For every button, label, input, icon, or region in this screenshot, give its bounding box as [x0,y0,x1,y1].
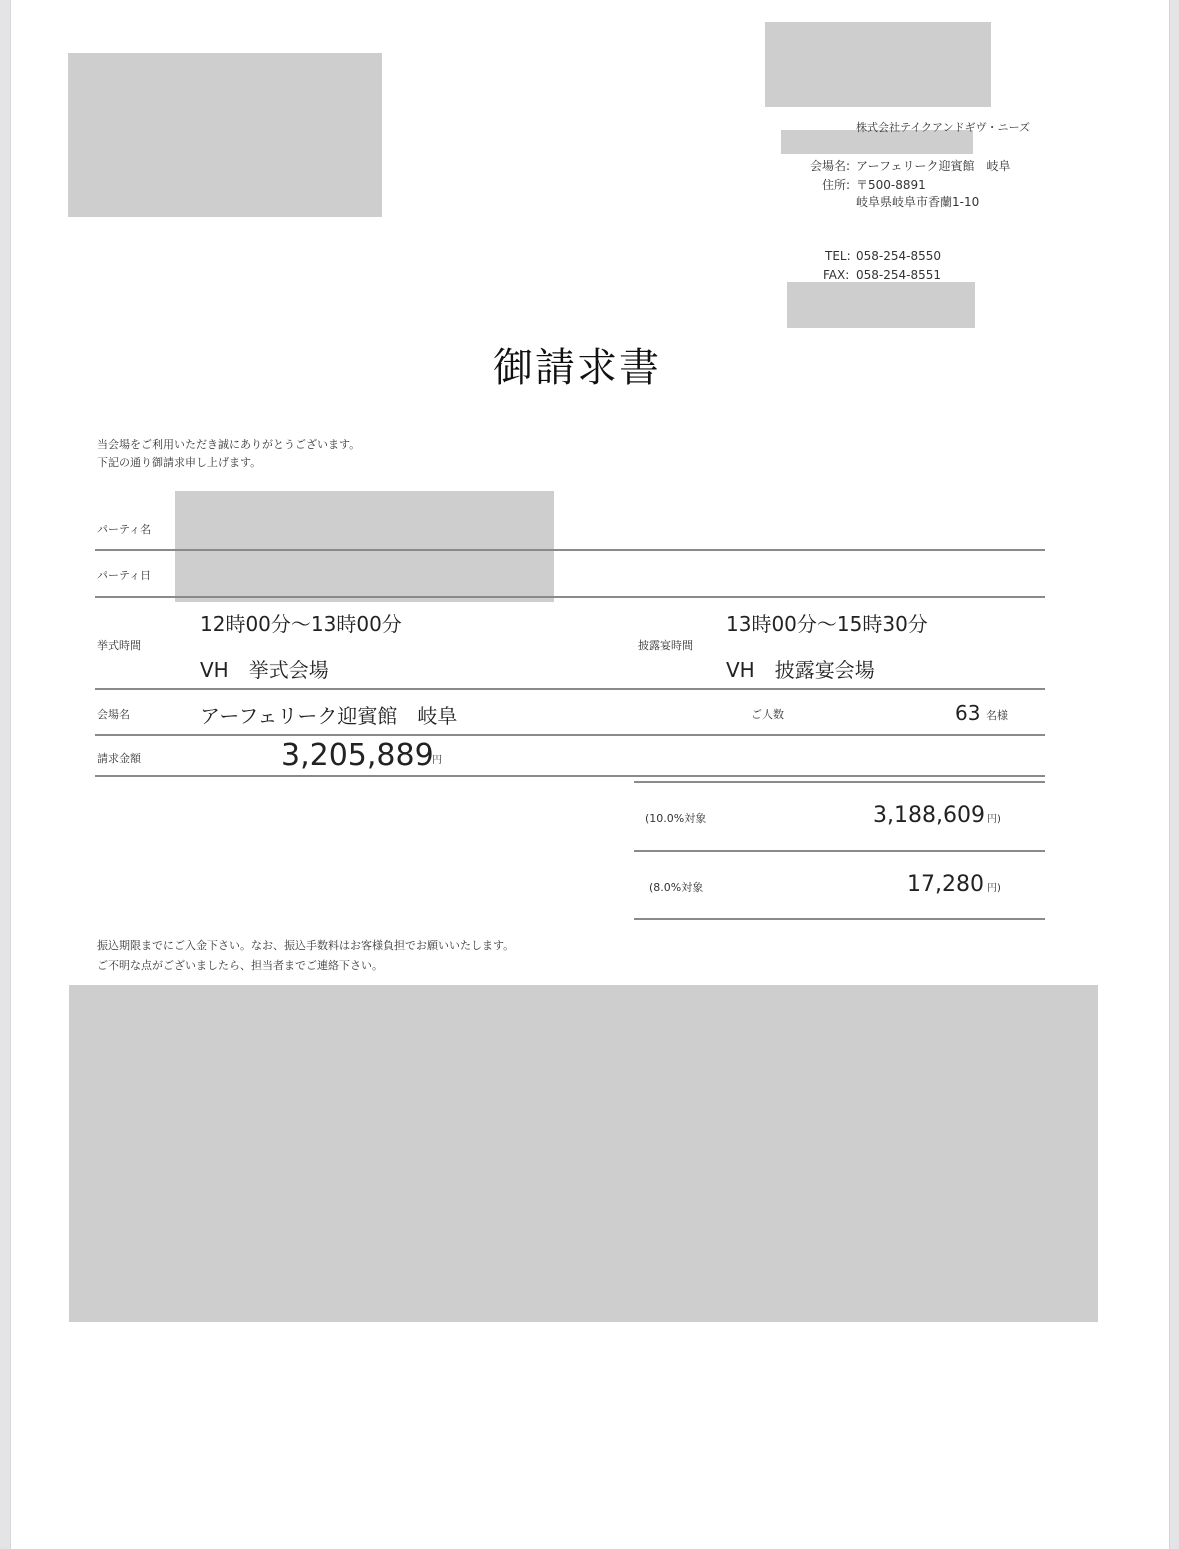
amount-label: 請求金額 [97,750,141,766]
guests-label: ご人数 [751,706,784,722]
tax-8-value: 17,280 [907,872,984,897]
guests-unit: 名様 [986,707,1008,723]
address-label: 住所: [822,176,850,193]
amount-value: 3,205,889 [281,738,434,773]
redacted-party-info [175,491,554,602]
divider [634,781,1045,783]
redacted-recipient-block [68,53,382,217]
invoice-page: 株式会社テイクアンドギヴ・ニーズ 会場名: アーフェリーク迎賓館 岐阜 住所: … [10,0,1170,1549]
divider [95,775,1045,777]
venue-name: アーフェリーク迎賓館 岐阜 [856,157,1010,174]
tel-number: 058-254-8550 [856,249,941,263]
fax-label: FAX: [823,268,849,282]
redacted-details-block [69,985,1098,1322]
venue-field-value: アーフェリーク迎賓館 岐阜 [200,700,457,729]
divider [95,549,1045,551]
reception-time-label: 披露宴時間 [638,637,693,653]
redacted-stamp-block [787,282,975,328]
fax-number: 058-254-8551 [856,268,941,282]
reception-time: 13時00分～15時30分 [726,608,928,637]
amount-unit: 円 [432,751,442,766]
tax-10-value: 3,188,609 [873,803,985,828]
company-name: 株式会社テイクアンドギヴ・ニーズ [856,119,1030,135]
divider [634,850,1045,852]
venue-label: 会場名: [810,157,850,174]
guests-count: 63 [955,701,980,725]
divider [95,688,1045,690]
divider [95,596,1045,598]
reception-place: VH 披露宴会場 [726,654,875,683]
divider [634,918,1045,920]
tel-label: TEL: [825,249,851,263]
tax-10-unit: 円) [987,810,1001,825]
greeting-line-2: 下記の通り御請求申し上げます。 [97,454,261,470]
note-line-1: 振込期限までにご入金下さい。なお、振込手数料はお客様負担でお願いいたします。 [97,937,514,953]
document-title: 御請求書 [493,336,661,393]
party-name-label: パーティ名 [97,521,151,537]
venue-field-label: 会場名 [97,706,130,722]
divider [95,734,1045,736]
ceremony-place: VH 挙式会場 [200,654,329,683]
ceremony-time: 12時00分～13時00分 [200,608,402,637]
party-date-label: パーティ日 [97,567,151,583]
address: 岐阜県岐阜市香蘭1-10 [856,193,979,210]
tax-8-unit: 円) [987,879,1001,894]
postal-code: 〒500-8891 [856,176,926,193]
note-line-2: ご不明な点がございましたら、担当者までご連絡下さい。 [97,957,383,973]
tax-10-label: (10.0%対象 [645,810,706,826]
redacted-logo-block [765,22,991,107]
greeting-line-1: 当会場をご利用いただき誠にありがとうございます。 [97,436,360,452]
tax-8-label: (8.0%対象 [649,879,703,895]
ceremony-time-label: 挙式時間 [97,637,141,653]
